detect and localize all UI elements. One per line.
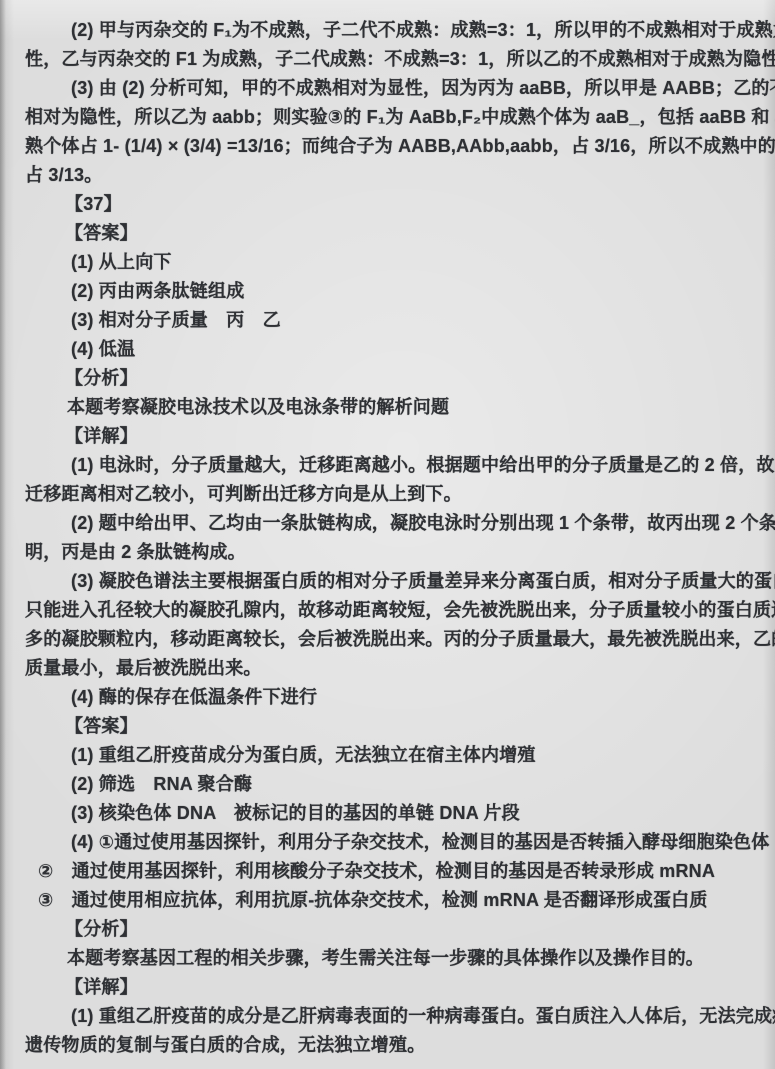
text-line: 多的凝胶颗粒内，移动距离较长，会后被洗脱出来。丙的分子质量最大，最先被洗脱出来，…	[25, 625, 757, 654]
section-heading: 【分析】	[25, 915, 757, 944]
text-line: (2) 题中给出甲、乙均由一条肽链构成，凝胶电泳时分别出现 1 个条带，故丙出现…	[25, 509, 757, 538]
text-line: (1) 重组乙肝疫苗的成分是乙肝病毒表面的一种病毒蛋白。蛋白质注入人体后，无法完…	[25, 1002, 757, 1031]
section-heading: 【详解】	[25, 422, 757, 451]
text-line: 相对为隐性，所以乙为 aabb；则实验③的 F₁为 AaBb,F₂中成熟个体为 …	[25, 103, 757, 132]
text-line: (1) 从上向下	[25, 248, 757, 277]
text-line: (2) 丙由两条肽链组成	[25, 277, 757, 306]
text-line: (3) 核染色体 DNA 被标记的目的基因的单链 DNA 片段	[25, 799, 757, 828]
text-line: 本题考察基因工程的相关步骤，考生需关注每一步骤的具体操作以及操作目的。	[25, 944, 757, 973]
text-line: (4) 酶的保存在低温条件下进行	[25, 683, 757, 712]
text-line: (1) 重组乙肝疫苗成分为蛋白质，无法独立在宿主体内增殖	[25, 741, 757, 770]
text-line: 遗传物质的复制与蛋白质的合成，无法独立增殖。	[25, 1031, 757, 1060]
text-line: (2) 甲与丙杂交的 F₁为不成熟，子二代不成熟：成熟=3：1，所以甲的不成熟相…	[25, 16, 757, 45]
scanned-document-page: (2) 甲与丙杂交的 F₁为不成熟，子二代不成熟：成熟=3：1，所以甲的不成熟相…	[0, 0, 775, 1069]
section-heading: 【37】	[25, 190, 757, 219]
text-line: 熟个体占 1- (1/4) × (3/4) =13/16；而纯合子为 AABB,…	[25, 132, 757, 161]
text-line: 质量最小，最后被洗脱出来。	[25, 654, 757, 683]
text-line: (3) 相对分子质量 丙 乙	[25, 306, 757, 335]
text-line: ③ 通过使用相应抗体，利用抗原-抗体杂交技术，检测 mRNA 是否翻译形成蛋白质	[25, 886, 757, 915]
text-line: (3) 凝胶色谱法主要根据蛋白质的相对分子质量差异来分离蛋白质，相对分子质量大的…	[25, 567, 757, 596]
text-line: 性，乙与丙杂交的 F1 为成熟，子二代成熟：不成熟=3：1，所以乙的不成熟相对于…	[25, 45, 757, 74]
text-line: ② 通过使用基因探针，利用核酸分子杂交技术，检测目的基因是否转录形成 mRNA	[25, 857, 757, 886]
text-line: 本题考察凝胶电泳技术以及电泳条带的解析问题	[25, 393, 757, 422]
text-line: 明，丙是由 2 条肽链构成。	[25, 538, 757, 567]
section-heading: 【答案】	[25, 712, 757, 741]
section-heading: 【答案】	[25, 219, 757, 248]
text-line: (2) 筛选 RNA 聚合酶	[25, 770, 757, 799]
text-line: 只能进入孔径较大的凝胶孔隙内，故移动距离较短，会先被洗脱出来，分子质量较小的蛋白…	[25, 596, 757, 625]
text-line: (4) 低温	[25, 335, 757, 364]
text-line: (3) 由 (2) 分析可知，甲的不成熟相对为显性，因为丙为 aaBB，所以甲是…	[25, 74, 757, 103]
section-heading: 【分析】	[25, 364, 757, 393]
document-body: (2) 甲与丙杂交的 F₁为不成熟，子二代不成熟：成熟=3：1，所以甲的不成熟相…	[25, 16, 757, 1060]
section-heading: 【详解】	[25, 973, 757, 1002]
text-line: (1) 电泳时，分子质量越大，迁移距离越小。根据题中给出甲的分子质量是乙的 2 …	[25, 451, 757, 480]
text-line: 占 3/13。	[25, 161, 757, 190]
text-line: 迁移距离相对乙较小，可判断出迁移方向是从上到下。	[25, 480, 757, 509]
text-line: (4) ①通过使用基因探针，利用分子杂交技术，检测目的基因是否转插入酵母细胞染色…	[25, 828, 757, 857]
